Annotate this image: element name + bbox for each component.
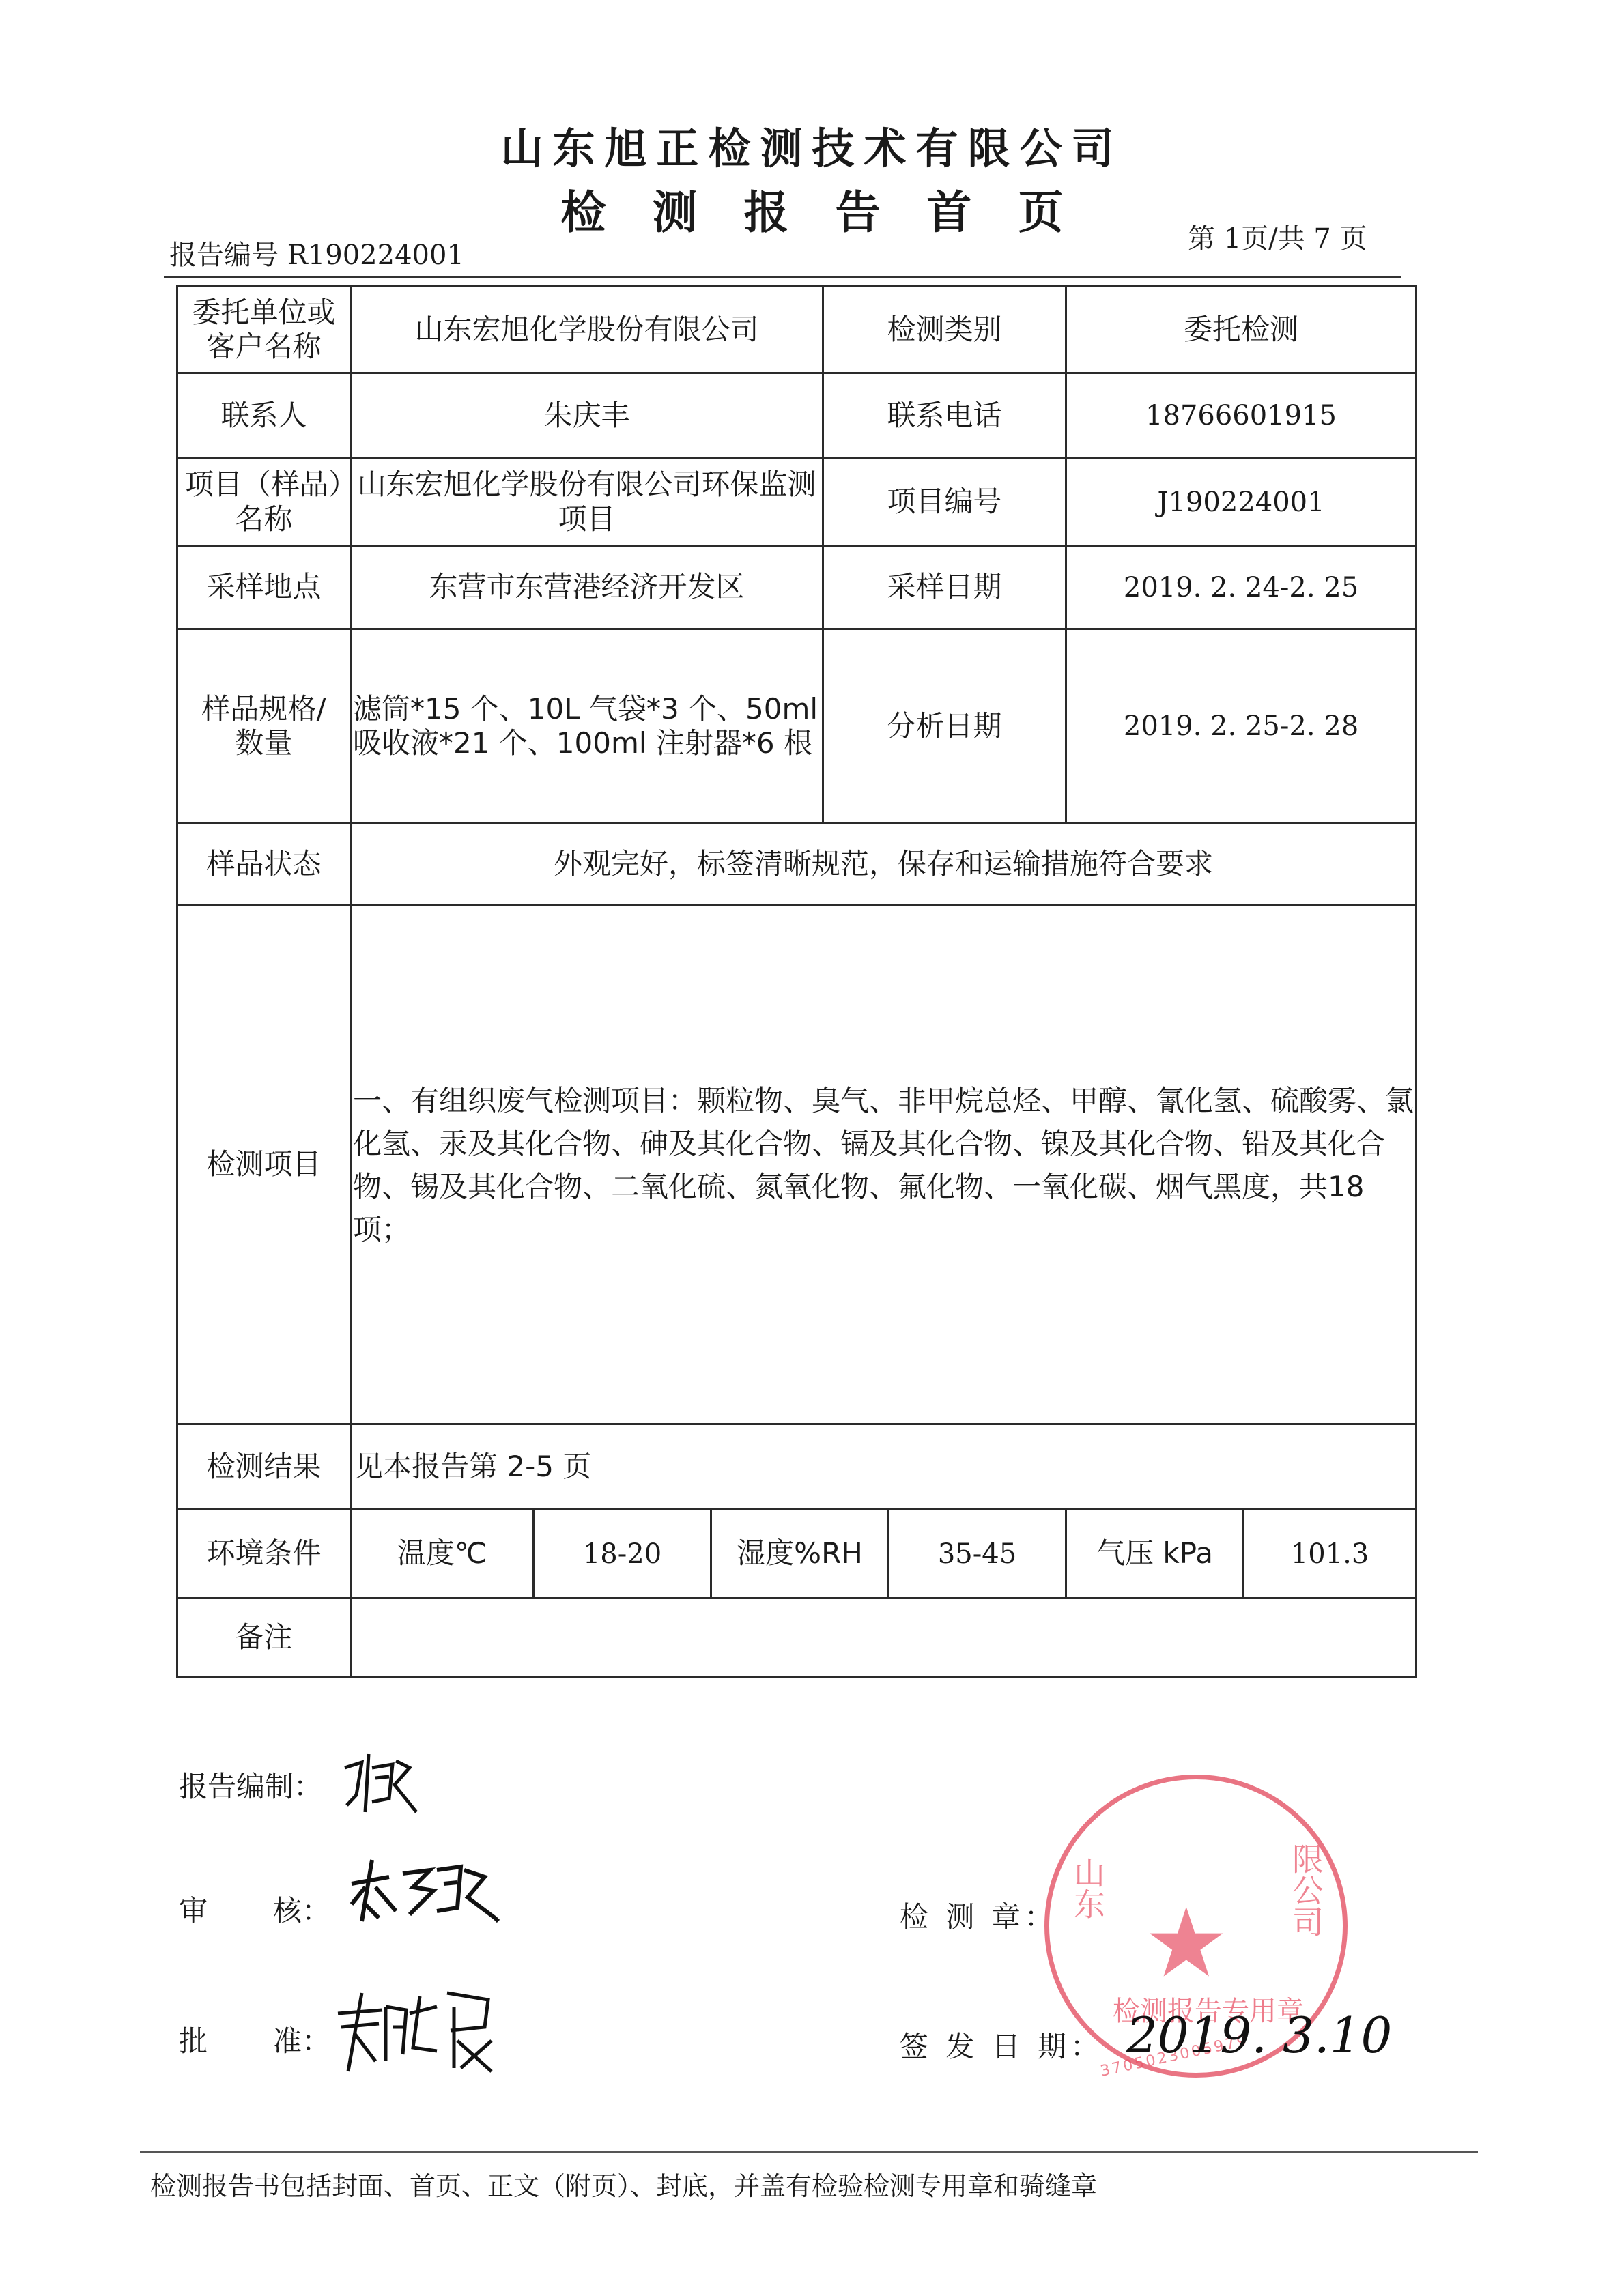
- items-label: 检测项目: [177, 906, 351, 1424]
- table-row: 备注: [177, 1598, 1416, 1677]
- table-row: 检测项目 一、有组织废气检测项目：颗粒物、臭气、非甲烷总烃、甲醇、氰化氢、硫酸雾…: [177, 906, 1416, 1424]
- humidity-label: 湿度%RH: [711, 1510, 889, 1598]
- table-row: 项目（样品）名称 山东宏旭化学股份有限公司环保监测项目 项目编号 J190224…: [177, 459, 1416, 546]
- result-value: 见本报告第 2-5 页: [351, 1424, 1416, 1510]
- approved-by-label-b: 准：: [273, 2019, 330, 2060]
- project-label: 项目（样品）名称: [177, 459, 351, 546]
- footer-divider: [140, 2151, 1478, 2153]
- issue-date-label: 签 发 日 期：: [900, 2024, 1103, 2065]
- handwritten-issue-date: 2019. 3.10: [1126, 2007, 1392, 2064]
- category-label: 检测类别: [823, 287, 1066, 373]
- title-char: 检: [561, 176, 606, 241]
- env-label: 环境条件: [177, 1510, 351, 1598]
- title-char: 首: [927, 176, 972, 241]
- remark-value: [351, 1598, 1416, 1677]
- title-char: 测: [653, 176, 698, 241]
- table-row: 环境条件 温度℃ 18-20 湿度%RH 35-45 气压 kPa 101.3: [177, 1510, 1416, 1598]
- remark-label: 备注: [177, 1598, 351, 1677]
- table-row: 委托单位或客户名称 山东宏旭化学股份有限公司 检测类别 委托检测: [177, 287, 1416, 373]
- client-value: 山东宏旭化学股份有限公司: [351, 287, 823, 373]
- phone-label: 联系电话: [823, 373, 1066, 459]
- signature-icon: [341, 1747, 451, 1822]
- table-row: 采样地点 东营市东营港经济开发区 采样日期 2019. 2. 24-2. 25: [177, 546, 1416, 629]
- seal-star-icon: ★: [1143, 1896, 1229, 1992]
- prepared-by-label: 报告编制：: [179, 1764, 322, 1805]
- header-divider: [164, 276, 1401, 278]
- page-info: 第 1页/共 7 页: [1188, 217, 1367, 256]
- title-char: 页: [1018, 176, 1064, 241]
- pressure-value: 101.3: [1244, 1510, 1416, 1598]
- report-info-table: 委托单位或客户名称 山东宏旭化学股份有限公司 检测类别 委托检测 联系人 朱庆丰…: [176, 285, 1417, 1678]
- approved-signature: [334, 1986, 505, 2078]
- approved-by-label-a: 批: [179, 2019, 208, 2060]
- site-value: 东营市东营港经济开发区: [351, 546, 823, 629]
- humidity-value: 35-45: [889, 1510, 1066, 1598]
- project-no-value: J190224001: [1066, 459, 1416, 546]
- footer-note: 检测报告书包括封面、首页、正文（附页）、封底，并盖有检验检测专用章和骑缝章: [150, 2165, 1097, 2202]
- company-title: 山东旭正检测技术有限公司: [0, 115, 1624, 175]
- project-value: 山东宏旭化学股份有限公司环保监测项目: [351, 459, 823, 546]
- project-no-label: 项目编号: [823, 459, 1066, 546]
- signature-icon: [348, 1856, 526, 1932]
- state-label: 样品状态: [177, 824, 351, 906]
- spec-label: 样品规格/数量: [177, 629, 351, 824]
- site-label: 采样地点: [177, 546, 351, 629]
- result-label: 检测结果: [177, 1424, 351, 1510]
- sampling-date-value: 2019. 2. 24-2. 25: [1066, 546, 1416, 629]
- seal-arc-text-left: 山东: [1065, 1856, 1110, 1919]
- report-number-label: 报告编号: [169, 240, 279, 271]
- title-char: 报: [744, 176, 789, 241]
- report-number: 报告编号 R190224001: [169, 233, 464, 272]
- contact-label: 联系人: [177, 373, 351, 459]
- prepared-signature: [341, 1747, 451, 1835]
- sampling-date-label: 采样日期: [823, 546, 1066, 629]
- category-value: 委托检测: [1066, 287, 1416, 373]
- temp-label: 温度℃: [351, 1510, 534, 1598]
- items-value: 一、有组织废气检测项目：颗粒物、臭气、非甲烷总烃、甲醇、氰化氢、硫酸雾、氯化氢、…: [351, 906, 1416, 1424]
- seal-arc-text-right: 限公司: [1283, 1843, 1328, 1937]
- document-title: 检测报告首页: [0, 176, 1624, 241]
- pressure-label: 气压 kPa: [1066, 1510, 1244, 1598]
- report-number-value: R190224001: [287, 240, 464, 271]
- table-row: 样品状态 外观完好，标签清晰规范，保存和运输措施符合要求: [177, 824, 1416, 906]
- analysis-date-label: 分析日期: [823, 629, 1066, 824]
- reviewed-signature: [348, 1856, 526, 1934]
- spec-value: 滤筒*15 个、10L 气袋*3 个、50ml 吸收液*21 个、100ml 注…: [351, 629, 823, 824]
- analysis-date-value: 2019. 2. 25-2. 28: [1066, 629, 1416, 824]
- reviewed-by-label-b: 核：: [273, 1889, 330, 1929]
- contact-value: 朱庆丰: [351, 373, 823, 459]
- reviewed-by-label-a: 审: [179, 1889, 208, 1929]
- temp-value: 18-20: [534, 1510, 711, 1598]
- title-char: 告: [836, 176, 881, 241]
- table-row: 样品规格/数量 滤筒*15 个、10L 气袋*3 个、50ml 吸收液*21 个…: [177, 629, 1416, 824]
- phone-value: 18766601915: [1066, 373, 1416, 459]
- table-row: 联系人 朱庆丰 联系电话 18766601915: [177, 373, 1416, 459]
- table-row: 检测结果 见本报告第 2-5 页: [177, 1424, 1416, 1510]
- state-value: 外观完好，标签清晰规范，保存和运输措施符合要求: [351, 824, 1416, 906]
- signature-icon: [334, 1986, 505, 2075]
- test-stamp-label: 检 测 章：: [900, 1895, 1057, 1936]
- client-label: 委托单位或客户名称: [177, 287, 351, 373]
